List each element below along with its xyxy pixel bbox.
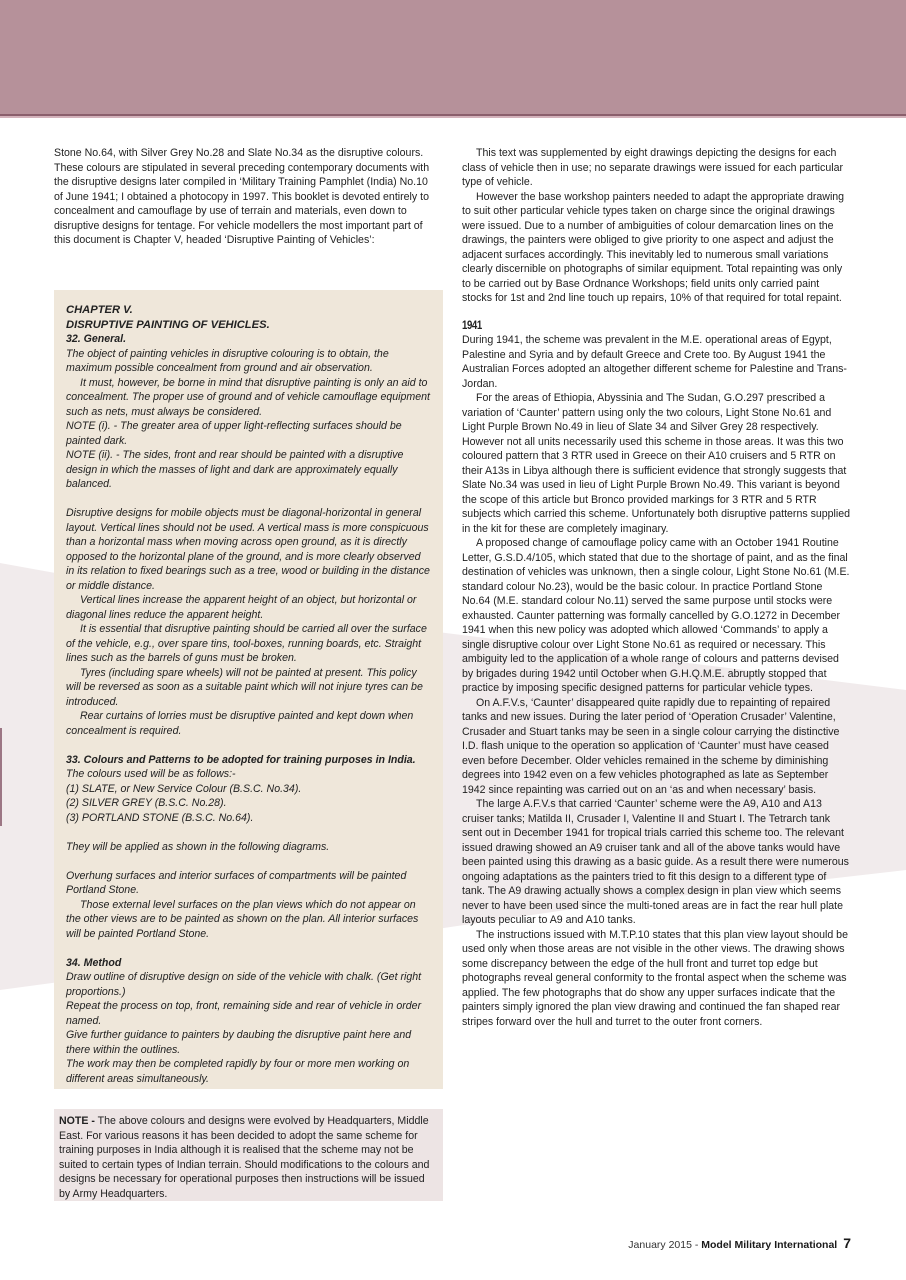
- intro-paragraph: Stone No.64, with Silver Grey No.28 and …: [54, 146, 439, 248]
- section-32-paragraph: It must, however, be borne in mind that …: [66, 376, 431, 420]
- section-32-paragraph: Rear curtains of lorries must be disrupt…: [66, 709, 431, 738]
- section-32-paragraph: Vertical lines increase the apparent hei…: [66, 593, 431, 622]
- section-32-paragraph: It is essential that disruptive painting…: [66, 622, 431, 666]
- colour-list-item: (2) SILVER GREY (B.S.C. No.28).: [66, 796, 431, 811]
- chapter-subtitle: DISRUPTIVE PAINTING OF VEHICLES.: [66, 318, 431, 333]
- body-paragraph: This text was supplemented by eight draw…: [462, 146, 852, 190]
- body-paragraph: On A.F.V.s, ‘Caunter’ disappeared quite …: [462, 696, 852, 798]
- colour-list-item: (1) SLATE, or New Service Colour (B.S.C.…: [66, 782, 431, 797]
- section-33-applied: They will be applied as shown in the fol…: [66, 840, 431, 855]
- section-34-line: Draw outline of disruptive design on sid…: [66, 970, 431, 999]
- section-32-paragraph: Tyres (including spare wheels) will not …: [66, 666, 431, 710]
- note-label: NOTE -: [59, 1115, 95, 1127]
- section-34-line: Give further guidance to painters by dau…: [66, 1028, 431, 1057]
- section-33-heading: 33. Colours and Patterns to be adopted f…: [66, 753, 431, 768]
- section-32-heading: 32. General.: [66, 332, 431, 347]
- section-33-intro: The colours used will be as follows:-: [66, 767, 431, 782]
- footer-date: January 2015 -: [628, 1239, 701, 1251]
- body-paragraph: The large A.F.V.s that carried ‘Caunter’…: [462, 797, 852, 928]
- left-column: Stone No.64, with Silver Grey No.28 and …: [54, 146, 439, 248]
- chapter-title: CHAPTER V.: [66, 303, 431, 318]
- body-paragraph: The instructions issued with M.T.P.10 st…: [462, 928, 852, 1030]
- section-34-line: The work may then be completed rapidly b…: [66, 1057, 431, 1086]
- body-paragraph: During 1941, the scheme was prevalent in…: [462, 333, 852, 391]
- note-text: The above colours and designs were evolv…: [59, 1115, 429, 1200]
- section-33-external: Those external level surfaces on the pla…: [66, 898, 431, 942]
- section-33-overhung: Overhung surfaces and interior surfaces …: [66, 869, 431, 898]
- page-number: 7: [843, 1235, 851, 1251]
- page-footer: January 2015 - Model Military Internatio…: [628, 1235, 851, 1251]
- section-32-paragraph: Disruptive designs for mobile objects mu…: [66, 506, 431, 593]
- body-paragraph: For the areas of Ethiopia, Abyssinia and…: [462, 391, 852, 536]
- left-edge-marker: [0, 728, 2, 826]
- footer-publication: Model Military International: [701, 1239, 837, 1251]
- right-column: This text was supplemented by eight draw…: [462, 146, 852, 1029]
- section-32-note: NOTE (i). - The greater area of upper li…: [66, 419, 431, 448]
- section-34-heading: 34. Method: [66, 956, 431, 971]
- body-paragraph: A proposed change of camouflage policy c…: [462, 536, 852, 696]
- colour-list-item: (3) PORTLAND STONE (B.S.C. No.64).: [66, 811, 431, 826]
- section-34-line: Repeat the process on top, front, remain…: [66, 999, 431, 1028]
- section-32-note: NOTE (ii). - The sides, front and rear s…: [66, 448, 431, 492]
- section-32-paragraph: The object of painting vehicles in disru…: [66, 347, 431, 376]
- body-paragraph: However the base workshop painters neede…: [462, 190, 852, 306]
- note-box: NOTE - The above colours and designs wer…: [54, 1109, 443, 1201]
- chapter-quote-box: CHAPTER V. DISRUPTIVE PAINTING OF VEHICL…: [54, 290, 443, 1089]
- section-heading-1941: 1941: [462, 318, 774, 333]
